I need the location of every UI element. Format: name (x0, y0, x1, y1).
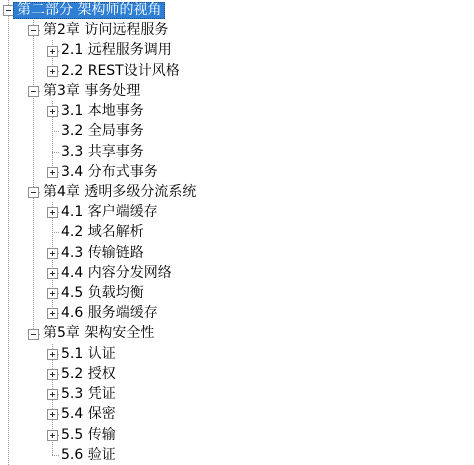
expand-icon[interactable] (47, 46, 58, 57)
plus-glyph (52, 251, 53, 256)
expand-icon[interactable] (47, 66, 58, 77)
tree-item-label[interactable]: 5.2 授权 (61, 364, 116, 384)
tree-item-label[interactable]: 3.4 分布式事务 (61, 162, 158, 182)
expand-icon[interactable] (47, 106, 58, 117)
tree-connector-line (33, 20, 34, 333)
expand-icon[interactable] (47, 207, 58, 218)
tree-item-label[interactable]: 第5章 架构安全性 (43, 323, 154, 343)
tree-item-label[interactable]: 3.2 全局事务 (61, 121, 144, 141)
expand-icon[interactable] (47, 308, 58, 319)
tree-connector-line (52, 152, 59, 153)
tree-connector-line (52, 131, 59, 132)
minus-glyph (31, 192, 36, 193)
plus-glyph (52, 109, 53, 114)
tree-item-label[interactable]: 第二部分 架构师的视角 (13, 2, 165, 19)
tree-item-label[interactable]: 5.6 验证 (61, 445, 116, 465)
tree-connector-line (8, 0, 9, 465)
plus-glyph (52, 412, 53, 417)
plus-glyph (52, 69, 53, 74)
tree-item-label[interactable]: 3.3 共享事务 (61, 142, 144, 162)
collapse-icon[interactable] (28, 25, 39, 36)
tree-item-label[interactable]: 第3章 事务处理 (43, 81, 140, 101)
collapse-icon[interactable] (28, 86, 39, 97)
plus-glyph (52, 210, 53, 215)
expand-icon[interactable] (47, 369, 58, 380)
minus-glyph (6, 10, 11, 11)
expand-icon[interactable] (47, 349, 58, 360)
tree-item-label[interactable]: 4.1 客户端缓存 (61, 202, 158, 222)
tree-item-label[interactable]: 2.2 REST设计风格 (61, 61, 180, 81)
plus-glyph (52, 49, 53, 54)
plus-glyph (52, 433, 53, 438)
toc-tree-panel: 第二部分 架构师的视角第2章 访问远程服务2.1 远程服务调用2.2 REST设… (0, 0, 474, 465)
minus-glyph (31, 91, 36, 92)
minus-glyph (31, 334, 36, 335)
tree-item-label[interactable]: 第4章 透明多级分流系统 (43, 182, 196, 202)
tree-item-label[interactable]: 4.5 负载均衡 (61, 283, 144, 303)
tree-item-label[interactable]: 第2章 访问远程服务 (43, 20, 168, 40)
tree-connector-line (52, 232, 59, 233)
tree-item-label[interactable]: 4.3 传输链路 (61, 243, 144, 263)
collapse-icon[interactable] (28, 187, 39, 198)
tree-item-label[interactable]: 5.5 传输 (61, 425, 116, 445)
tree-item-label[interactable]: 4.2 域名解析 (61, 222, 144, 242)
plus-glyph (52, 372, 53, 377)
tree-item-label[interactable]: 4.4 内容分发网络 (61, 263, 172, 283)
plus-glyph (52, 311, 53, 316)
plus-glyph (52, 291, 53, 296)
expand-icon[interactable] (47, 248, 58, 259)
expand-icon[interactable] (47, 167, 58, 178)
tree-item-label[interactable]: 5.1 认证 (61, 344, 116, 364)
plus-glyph (52, 352, 53, 357)
tree-item-label[interactable]: 5.4 保密 (61, 404, 116, 424)
plus-glyph (52, 271, 53, 276)
tree-item-label[interactable]: 5.3 凭证 (61, 384, 116, 404)
expand-icon[interactable] (47, 389, 58, 400)
expand-icon[interactable] (47, 430, 58, 441)
tree-item-label[interactable]: 2.1 远程服务调用 (61, 40, 172, 60)
tree-item-label[interactable]: 4.6 服务端缓存 (61, 303, 158, 323)
tree-item-label[interactable]: 3.1 本地事务 (61, 101, 144, 121)
expand-icon[interactable] (47, 288, 58, 299)
plus-glyph (52, 392, 53, 397)
tree-connector-line (52, 455, 59, 456)
expand-icon[interactable] (47, 268, 58, 279)
expand-icon[interactable] (47, 409, 58, 420)
collapse-icon[interactable] (28, 329, 39, 340)
plus-glyph (52, 170, 53, 175)
minus-glyph (31, 30, 36, 31)
